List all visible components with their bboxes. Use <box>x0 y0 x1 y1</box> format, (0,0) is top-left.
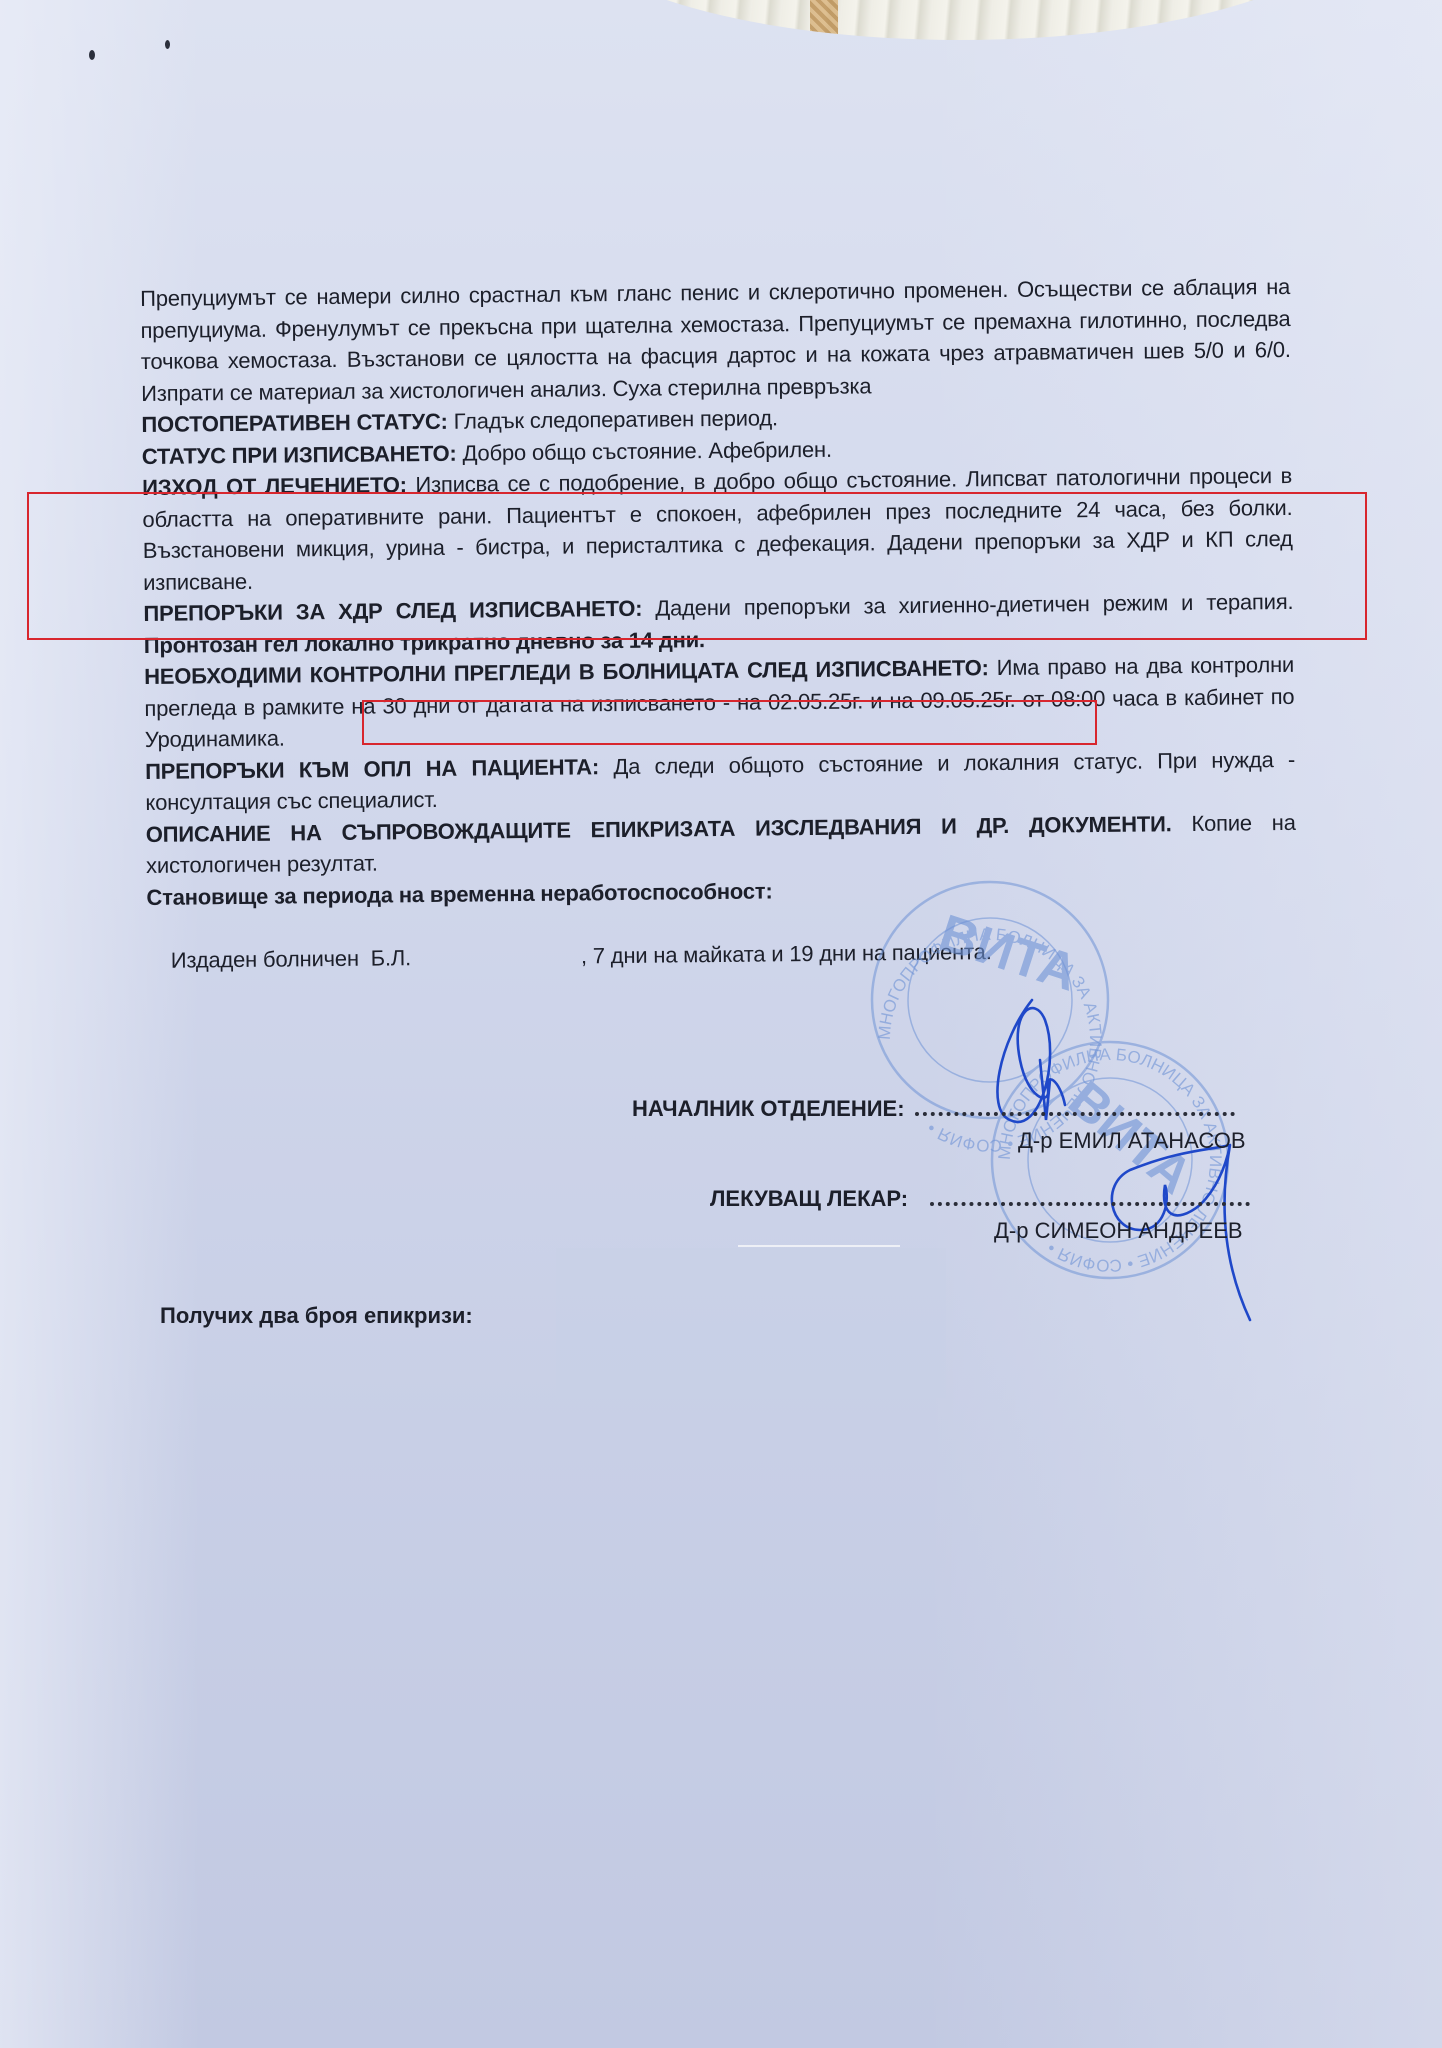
punch-hole <box>165 40 170 49</box>
gp-recommendations-label: ПРЕПОРЪКИ КЪМ ОПЛ НА ПАЦИЕНТА: <box>145 754 599 784</box>
treating-doctor-label: ЛЕКУВАЩ ЛЕКАР: <box>710 1186 908 1211</box>
signature-line <box>915 1112 1235 1116</box>
sick-leave-details: Издаден болничен Б.Л., 7 дни на майката … <box>147 901 1298 1008</box>
annotation-box-prescription <box>362 700 1097 745</box>
head-of-department-name: Д-р ЕМИЛ АТАНАСОВ <box>1018 1128 1246 1154</box>
control-visits-label: НЕОБХОДИМИ КОНТРОЛНИ ПРЕГЛЕДИ В БОЛНИЦАТ… <box>144 655 989 689</box>
signature-line <box>930 1202 1250 1206</box>
sick-leave-days: , 7 дни на майката и 19 дни на пациента. <box>581 939 992 968</box>
punch-hole <box>89 50 95 60</box>
divider <box>738 1245 900 1247</box>
annotation-box-discharge-status <box>27 492 1367 640</box>
operation-description: Препуциумът се намери силно срастнал към… <box>140 271 1291 409</box>
redacted-area <box>556 1248 946 1398</box>
received-copies-label: Получих два броя епикризи: <box>160 1303 473 1329</box>
postop-status-value: Гладък следоперативен период. <box>448 405 778 433</box>
sick-leave-label: Становище за периода на временна неработ… <box>146 878 772 910</box>
head-of-department-row: НАЧАЛНИК ОТДЕЛЕНИЕ: <box>632 1096 1235 1122</box>
treating-doctor-name: Д-р СИМЕОН АНДРЕЕВ <box>994 1218 1243 1244</box>
gp-recommendations: ПРЕПОРЪКИ КЪМ ОПЛ НА ПАЦИЕНТА: Да следи … <box>145 743 1296 818</box>
accompanying-documents: ОПИСАНИЕ НА СЪПРОВОЖДАЩИТЕ ЕПИКРИЗАТА ИЗ… <box>146 806 1297 881</box>
head-of-department-label: НАЧАЛНИК ОТДЕЛЕНИЕ: <box>632 1096 905 1121</box>
discharge-status-label: СТАТУС ПРИ ИЗПИСВАНЕТО: <box>142 440 457 468</box>
postop-status-label: ПОСТОПЕРАТИВЕН СТАТУС: <box>141 409 447 437</box>
discharge-status-value: Добро общо състояние. Афебрилен. <box>456 436 831 465</box>
sick-leave-issued: Издаден болничен Б.Л. <box>171 945 411 973</box>
treating-doctor-row: ЛЕКУВАЩ ЛЕКАР: <box>710 1186 1250 1212</box>
